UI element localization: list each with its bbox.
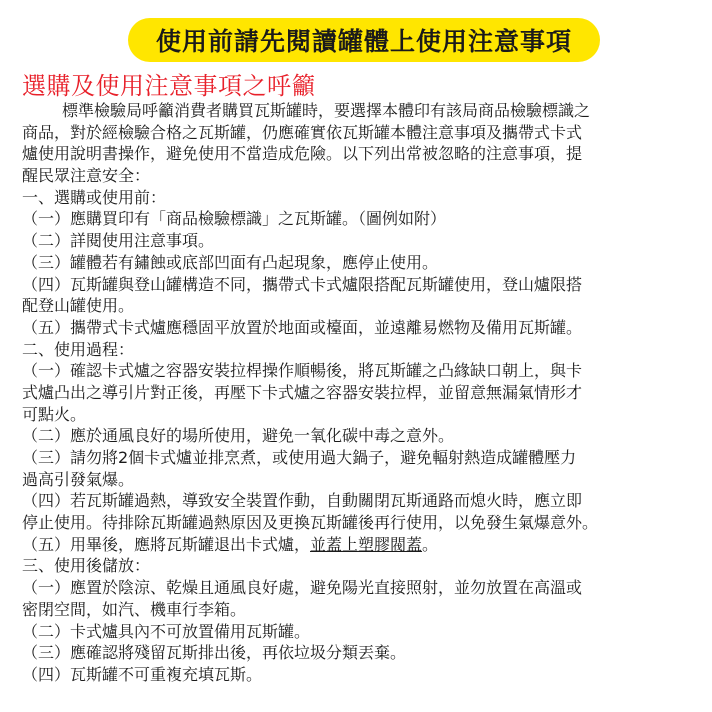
list-item: （五）用畢後，應將瓦斯罐退出卡式爐，並蓋上塑膠閥蓋。 [22,534,692,556]
list-item-continuation: 可點火。 [22,404,692,426]
list-item-continuation: 密閉空間，如汽、機車行李箱。 [22,599,692,621]
list-item: （五）攜帶式卡式爐應穩固平放置於地面或檯面，並遠離易燃物及備用瓦斯罐。 [22,317,692,339]
list-item: （三）罐體若有鏽蝕或底部凹面有凸起現象，應停止使用。 [22,252,692,274]
list-item: （三）請勿將2個卡式爐並排烹煮，或使用過大鍋子，避免輻射熱造成罐體壓力 [22,447,692,469]
list-item-continuation: 式爐凸出之導引片對正後，再壓下卡式爐之容器安裝拉桿，並留意無漏氣情形才 [22,382,692,404]
list-item-continuation: 過高引發氣爆。 [22,469,692,491]
document-body: 標準檢驗局呼籲消費者購買瓦斯罐時，要選擇本體印有該局商品檢驗標識之 商品，對於經… [22,100,692,686]
list-item: （二）卡式爐具內不可放置備用瓦斯罐。 [22,621,692,643]
list-item-continuation: 配登山罐使用。 [22,295,692,317]
intro-line: 醒民眾注意安全： [22,165,692,187]
notice-banner: 使用前請先閱讀罐體上使用注意事項 [128,18,600,62]
section-title: 二、使用過程： [22,339,692,361]
list-item: （四）若瓦斯罐過熱，導致安全裝置作動，自動關閉瓦斯通路而熄火時，應立即 [22,490,692,512]
list-item: （四）瓦斯罐與登山罐構造不同，攜帶式卡式爐限搭配瓦斯罐使用，登山爐限搭 [22,274,692,296]
list-item: （一）應置於陰涼、乾燥且通風良好處，避免陽光直接照射，並勿放置在高溫或 [22,577,692,599]
intro-line: 爐使用說明書操作，避免使用不當造成危險。以下列出常被忽略的注意事項，提 [22,143,692,165]
underlined-text: 並蓋上塑膠閥蓋 [310,535,422,554]
list-item-text: 。 [422,535,438,554]
section-title: 一、選購或使用前： [22,187,692,209]
list-item: （一）確認卡式爐之容器安裝拉桿操作順暢後，將瓦斯罐之凸緣缺口朝上，與卡 [22,360,692,382]
section-heading: 選購及使用注意事項之呼籲 [22,66,316,101]
intro-line: 標準檢驗局呼籲消費者購買瓦斯罐時，要選擇本體印有該局商品檢驗標識之 [22,100,692,122]
list-item: （二）應於通風良好的場所使用，避免一氧化碳中毒之意外。 [22,425,692,447]
list-item: （二）詳閱使用注意事項。 [22,230,692,252]
list-item: （四）瓦斯罐不可重複充填瓦斯。 [22,664,692,686]
list-item: （一）應購買印有「商品檢驗標識」之瓦斯罐。（圖例如附） [22,208,692,230]
intro-line: 商品，對於經檢驗合格之瓦斯罐，仍應確實依瓦斯罐本體注意事項及攜帶式卡式 [22,122,692,144]
section-title: 三、使用後儲放： [22,555,692,577]
list-item-continuation: 停止使用。待排除瓦斯罐過熱原因及更換瓦斯罐後再行使用，以免發生氣爆意外。 [22,512,692,534]
list-item-text: （五）用畢後，應將瓦斯罐退出卡式爐， [22,535,310,554]
list-item: （三）應確認將殘留瓦斯排出後，再依垃圾分類丟棄。 [22,642,692,664]
banner-title: 使用前請先閱讀罐體上使用注意事項 [156,22,572,58]
